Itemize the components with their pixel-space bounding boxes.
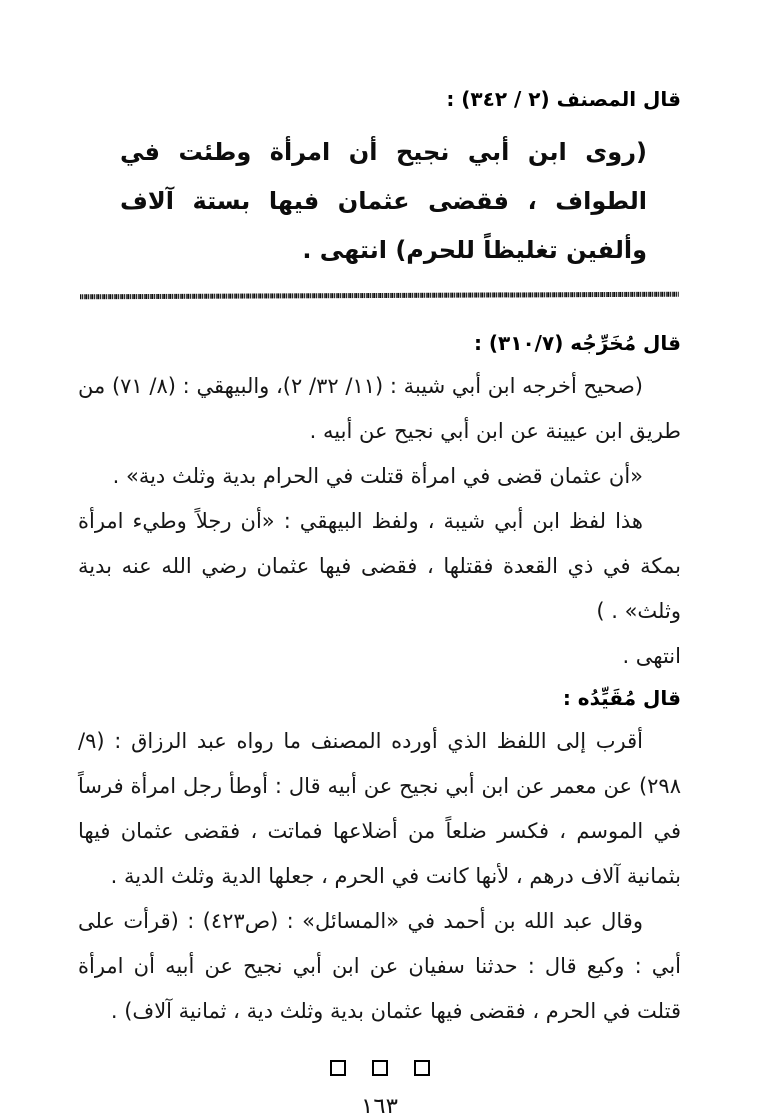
section-divider-rule <box>80 292 679 300</box>
mukharrij-paragraph-wording-comparison: هذا لفظ ابن أبي شيبة ، ولفظ البيهقي : «أ… <box>78 499 681 634</box>
heading-mukharrij: قال مُخَرِّجُه (٣١٠/٧) : <box>78 330 681 356</box>
ornament-square-icon <box>330 1060 346 1076</box>
heading-musannif: قال المصنف (٢ / ٣٤٢) : <box>78 86 681 112</box>
ornament-square-icon <box>414 1060 430 1076</box>
ornament-square-icon <box>372 1060 388 1076</box>
page-number: ١٦٣ <box>78 1094 681 1113</box>
mukharrij-paragraph-intaha: انتهى . <box>78 634 681 679</box>
musannif-quote-text: (روى ابن أبي نجيح أن امرأة وطئت في الطوا… <box>120 128 647 275</box>
mukharrij-paragraph-hadith-text: «أن عثمان قضى في امرأة قتلت في الحرام بد… <box>78 454 681 499</box>
muqayyid-paragraph-abdurrazzaq: أقرب إلى اللفظ الذي أورده المصنف ما رواه… <box>78 719 681 899</box>
mukharrij-paragraph-sources: (صحيح أخرجه ابن أبي شيبة : (١١/ ٣٢/ ٢)، … <box>78 364 681 454</box>
muqayyid-paragraph-masail: وقال عبد الله بن أحمد في «المسائل» : (ص٤… <box>78 899 681 1034</box>
book-page: قال المصنف (٢ / ٣٤٢) : (روى ابن أبي نجيح… <box>0 0 759 1113</box>
heading-muqayyid: قال مُقَيِّدُه : <box>78 685 681 711</box>
end-of-entry-ornament <box>78 1060 681 1076</box>
